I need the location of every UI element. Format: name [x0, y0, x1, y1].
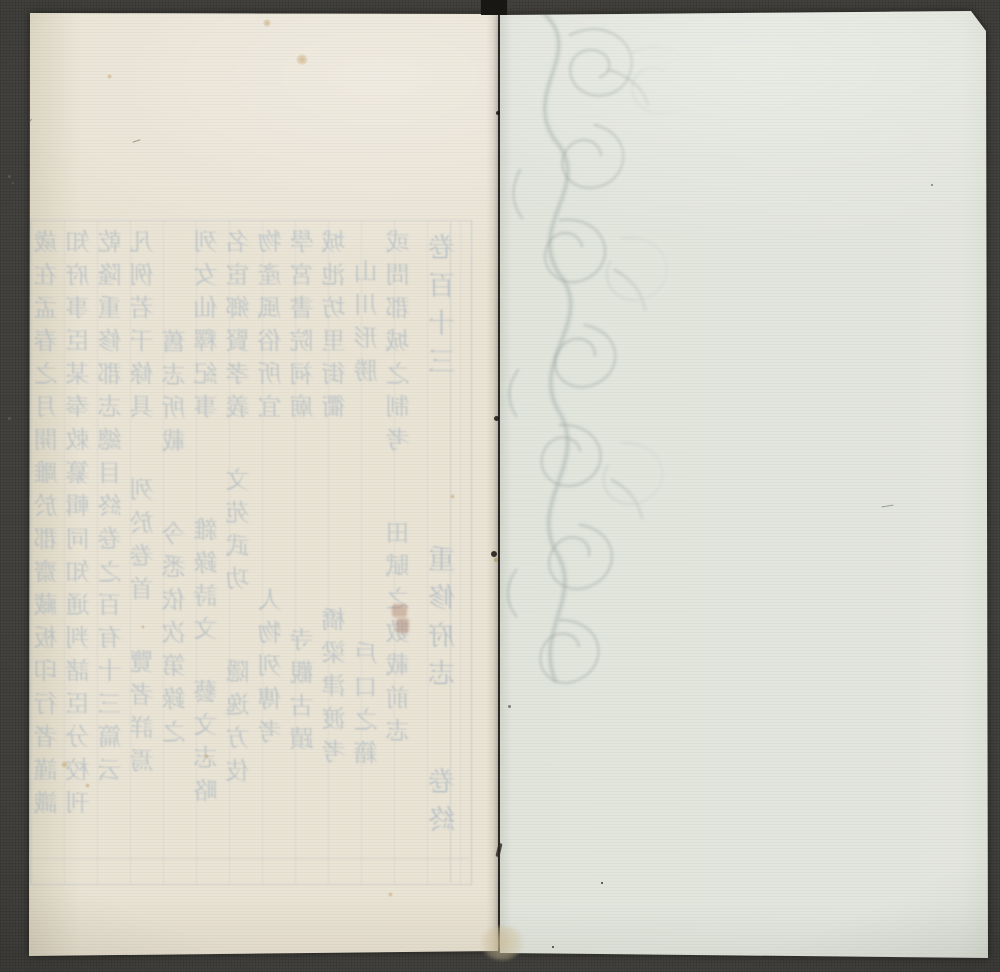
paper-fiber	[882, 504, 894, 507]
binding-notch	[481, 0, 507, 15]
stitch-hole	[491, 551, 497, 557]
spine-shadow	[500, 14, 512, 953]
stitch-hole	[496, 111, 500, 115]
stitch-hole	[494, 558, 498, 562]
ink-speck	[552, 946, 554, 948]
spine-shadow	[486, 13, 498, 951]
book-scan: 或問郡城之制考田賦之數載前志山川形勝戶口之籍城池坊里街衢橋梁津渡考學宮書院祠廟寺…	[0, 0, 1000, 972]
repair-patch	[480, 926, 524, 960]
stitch-hole	[494, 416, 499, 421]
ink-speck	[601, 882, 603, 884]
dust-speck	[8, 417, 11, 420]
floral-scroll-watermark	[500, 10, 700, 720]
ink-speck	[931, 184, 933, 186]
dust-speck	[8, 175, 11, 178]
dust-speck	[12, 182, 14, 184]
